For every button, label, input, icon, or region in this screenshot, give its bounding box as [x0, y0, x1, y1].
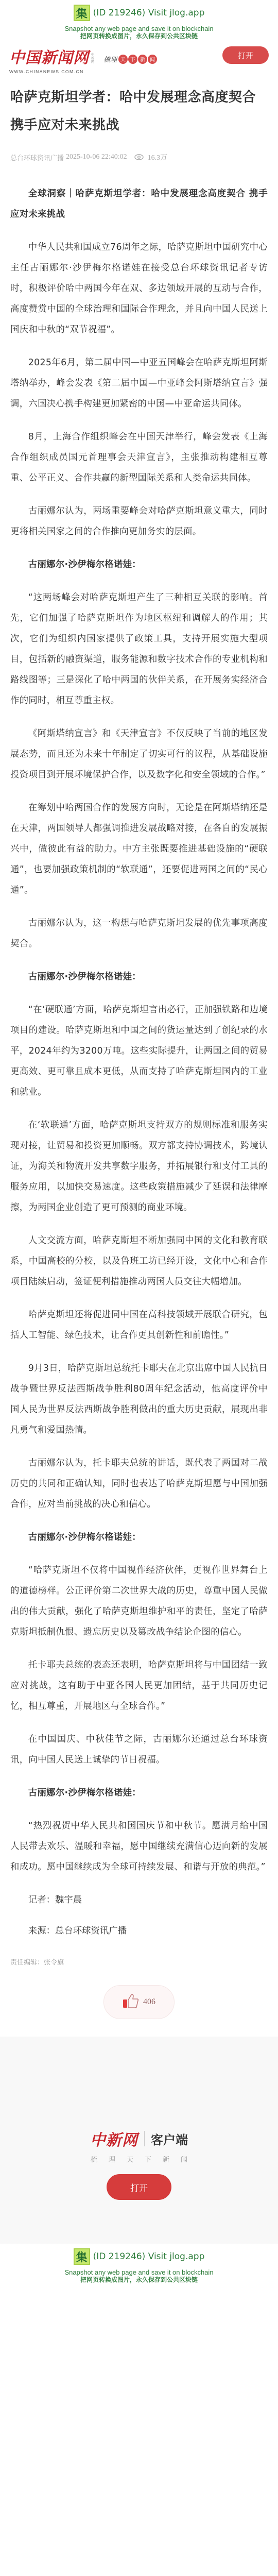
app-logo: 中新网 [90, 2127, 138, 2150]
paragraph: 在‘软联通’方面，哈萨克斯坦支持双方的规则标准和服务实现对接，让贸易和投资更加顺… [10, 1115, 268, 1218]
logo-vertical-text: 中 新 网 [91, 53, 94, 64]
paragraph: 托卡耶夫总统的表态还表明，哈萨克斯坦将与中国团结一致应对挑战，这有助于中亚各国人… [10, 1655, 268, 1717]
speaker-label: 古丽娜尔·沙伊梅尔格诺娃： [10, 554, 268, 575]
jlog-tagline-cn: 把网页转换成图片，永久保存到公共区块链 [0, 2276, 278, 2284]
divider [144, 2131, 145, 2146]
jlog-banner-top: 集 (ID 219246) Visit jlog.app Snapshot an… [0, 0, 278, 44]
article-body: 全球洞察｜哈萨克斯坦学者：哈中发展理念高度契合 携手应对未来挑战 中华人民共和国… [10, 183, 268, 1941]
paragraph: 2025年6月，第二届中国—中亚五国峰会在哈萨克斯坦阿斯塔纳举办，峰会发表《第二… [10, 352, 268, 414]
jlog-badge-icon: 集 [74, 5, 90, 21]
site-header: 中国新闻网 中 新 网 WWW.CHINANEWS.COM.CN 梳理 天 下 … [0, 44, 278, 81]
logo-url: WWW.CHINANEWS.COM.CN [9, 69, 94, 74]
slogan-seal: 新 [138, 55, 147, 64]
thumbs-up-icon [123, 1993, 139, 2011]
paragraph: 中华人民共和国成立76周年之际，哈萨克斯坦中国研究中心主任古丽娜尔·沙伊梅尔格诺… [10, 237, 268, 340]
paragraph: 《阿斯塔纳宣言》和《天津宣言》不仅反映了当前的地区发展态势，而且还为未来十年制定… [10, 723, 268, 785]
jlog-tagline-en: Snapshot any web page and save it on blo… [0, 25, 278, 32]
reporter-line: 记者：魏宇晨 [10, 1890, 268, 1910]
article-meta: 总台环球资讯广播 2025-10-06 22:40:02 16.3万 [10, 149, 268, 165]
jlog-banner-bottom: 集 (ID 219246) Visit jlog.app Snapshot an… [0, 2244, 278, 2291]
open-app-button-bottom[interactable]: 打开 [107, 2174, 171, 2200]
speaker-label: 古丽娜尔·沙伊梅尔格诺娃： [10, 1783, 268, 1803]
like-button[interactable]: 406 [103, 1985, 175, 2019]
jlog-id-link[interactable]: (ID 219246) Visit jlog.app [93, 2251, 205, 2262]
article-title: 哈萨克斯坦学者：哈中发展理念高度契合 携手应对未来挑战 [10, 83, 268, 139]
like-count: 406 [143, 1997, 155, 2007]
header-slogan: 梳理 天 下 新 闻 [103, 54, 158, 64]
open-app-button-top[interactable]: 打开 [222, 46, 269, 64]
paragraph: 古丽娜尔认为，这一构想与哈萨克斯坦发展的优先事项高度契合。 [10, 913, 268, 954]
article-views: 16.3万 [148, 152, 168, 162]
slogan-script: 梳理 [103, 54, 117, 64]
logo-text: 中国新闻网 [9, 49, 89, 67]
paragraph: 哈萨克斯坦还将促进同中国在高科技领域开展联合研究，包括人工智能、绿色技术，让合作… [10, 1304, 268, 1346]
paragraph: “这两场峰会对哈萨克斯坦产生了三种相互关联的影响。首先，它们加强了哈萨克斯坦作为… [10, 587, 268, 711]
article-credits: 记者：魏宇晨 来源：总台环球资讯广播 [10, 1890, 268, 1941]
paragraph: 古丽娜尔认为，托卡耶夫总统的讲话，既代表了两国对二战历史的共同和正确认知，同时也… [10, 1453, 268, 1515]
app-slogan: 梳理天下新闻 [79, 2154, 199, 2164]
eye-icon [134, 154, 144, 160]
app-name: 客户端 [151, 2130, 188, 2148]
slogan-seal: 天 [118, 55, 128, 64]
paragraph: 9月3日，哈萨克斯坦总统托卡耶夫在北京出席中国人民抗日战争暨世界反法西斯战争胜利… [10, 1358, 268, 1440]
paragraph: 在中国国庆、中秋佳节之际，古丽娜尔还通过总台环球资讯，向中国人民送上诚挚的节日祝… [10, 1729, 268, 1770]
speaker-label: 古丽娜尔·沙伊梅尔格诺娃： [10, 1527, 268, 1548]
paragraph: 在筹划中哈两国合作的发展方向时，无论是在阿斯塔纳还是在天津，两国领导人都强调推进… [10, 798, 268, 901]
slogan-seal: 下 [128, 55, 137, 64]
jlog-badge-icon: 集 [74, 2248, 90, 2265]
article: 哈萨克斯坦学者：哈中发展理念高度契合 携手应对未来挑战 总台环球资讯广播 202… [0, 83, 278, 2019]
slogan-seal: 闻 [148, 55, 157, 64]
article-datetime: 2025-10-06 22:40:02 [66, 153, 127, 161]
jlog-tagline-cn: 把网页转换成图片，永久保存到公共区块链 [0, 32, 278, 40]
jlog-id-link[interactable]: (ID 219246) Visit jlog.app [93, 8, 205, 18]
paragraph: “哈萨克斯坦不仅将中国视作经济伙伴，更视作世界舞台上的道德榜样。公正评价第二次世… [10, 1560, 268, 1642]
paragraph: “热烈祝贺中华人民共和国国庆节和中秋节。愿满月给中国人民带去欢乐、温暖和幸福，愿… [10, 1816, 268, 1877]
paragraph: 8月，上海合作组织峰会在中国天津举行，峰会发表《上海合作组织成员国元首理事会天津… [10, 427, 268, 488]
paragraph: 人文交流方面，哈萨克斯坦不断加强同中国的文化和教育联系，中国高校的分校，以及鲁班… [10, 1230, 268, 1292]
paragraph: “在‘硬联通’方面，哈萨克斯坦言出必行，正加强铁路和边境项目的建设。哈萨克斯坦和… [10, 999, 268, 1103]
app-promo-footer: 中新网 客户端 梳理天下新闻 打开 [0, 2037, 278, 2244]
source-line: 来源：总台环球资讯广播 [10, 1921, 268, 1941]
article-source: 总台环球资讯广播 [10, 152, 64, 162]
site-logo[interactable]: 中国新闻网 中 新 网 WWW.CHINANEWS.COM.CN [9, 49, 94, 74]
jlog-tagline-en: Snapshot any web page and save it on blo… [0, 2268, 278, 2276]
article-lead: 全球洞察｜哈萨克斯坦学者：哈中发展理念高度契合 携手应对未来挑战 [10, 183, 268, 225]
paragraph: 古丽娜尔认为，两场重要峰会对哈萨克斯坦意义重大，同时更将相关国家之间的合作推向更… [10, 501, 268, 542]
editor-line: 责任编辑：张令旗 [10, 1957, 268, 1967]
speaker-label: 古丽娜尔·沙伊梅尔格诺娃： [10, 967, 268, 987]
